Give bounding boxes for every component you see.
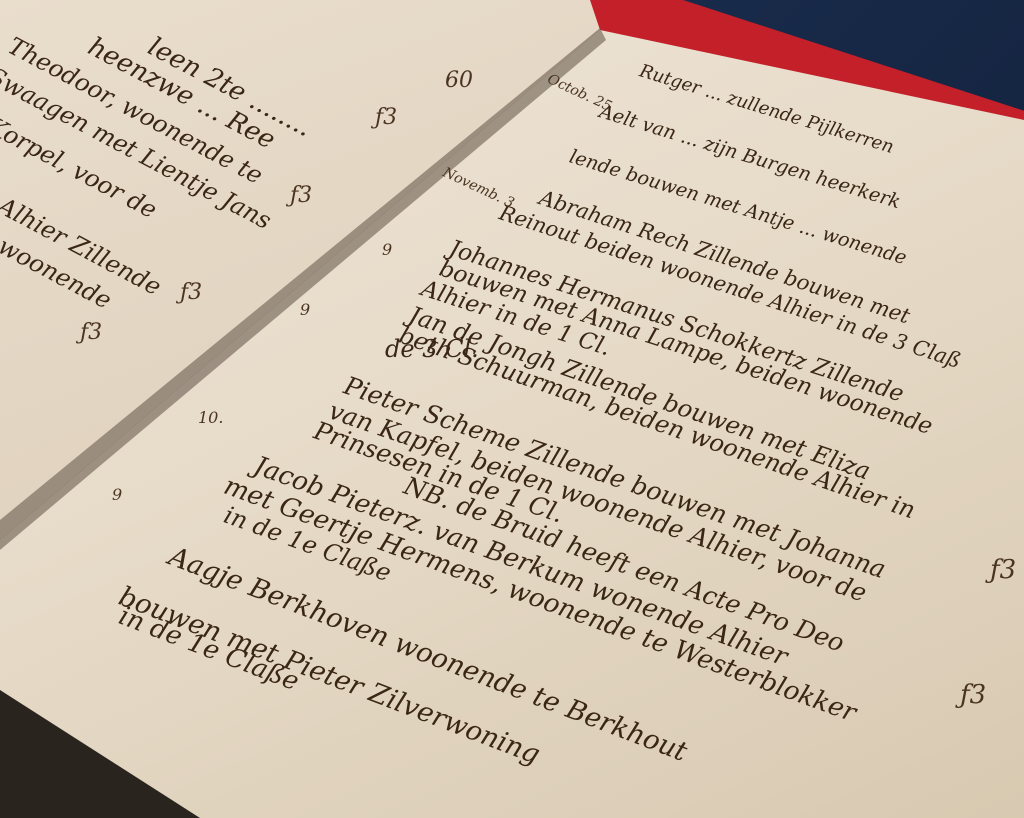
right-line: de 3 Cl.: [385, 335, 479, 363]
right-amount: ƒ3: [960, 680, 986, 710]
margin-note: 9: [382, 240, 392, 259]
margin-note: 9: [300, 300, 310, 319]
left-amount: ƒ3: [290, 183, 312, 208]
margin-note: 10.: [198, 408, 223, 427]
left-amount: ƒ3: [180, 280, 202, 305]
right-amount: ƒ3: [990, 555, 1016, 585]
left-amount: ƒ3: [375, 105, 397, 130]
margin-note: 9: [112, 485, 122, 504]
left-amount: 60: [445, 68, 473, 93]
left-amount: ƒ3: [80, 320, 102, 345]
